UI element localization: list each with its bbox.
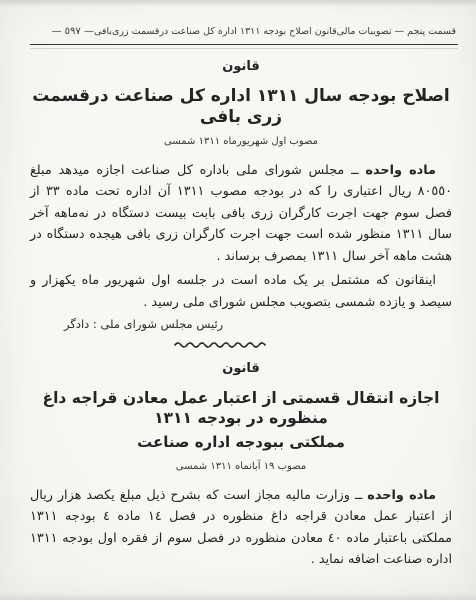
law1-title: اصلاح بودجه سال ١٣١١ اداره کل صناعت درقس… (30, 86, 452, 129)
speaker-signature: رئیس مجلس شورای ملی : دادگر (30, 317, 452, 331)
header-page-number: — ٥٩٧ — (51, 26, 94, 37)
scan-shadow-bottom (0, 592, 476, 600)
scan-shadow-top (0, 0, 476, 7)
law1-article: ماده واحده ــ مجلس شورای ملی باداره کل ص… (30, 160, 452, 268)
law2-approval-date: مصوب ١٩ آبانماه ١٣١١ شمسی (30, 461, 452, 472)
header-rule (30, 44, 458, 49)
law2-kicker: قانون (30, 361, 452, 376)
law2-title-line1: اجازه انتقال قسمتی از اعتبار عمل معادن ق… (30, 388, 452, 428)
section-divider-squiggle-icon (10, 333, 432, 352)
law2-article-lead: ماده واحده (367, 488, 436, 503)
law1-article-lead: ماده واحده (365, 163, 436, 178)
scanned-gazette-page: قسمت پنجم — تصویبات مالی قانون اصلاح بود… (0, 0, 476, 600)
law1-ratification: اینقانون که مشتمل بر یک ماده است در جلسه… (30, 270, 452, 313)
law1-approval-date: مصوب اول شهریورماه ١٣١١ شمسی (30, 136, 452, 147)
law2-title-line2: مملکتی ببودجه اداره صناعت (30, 433, 452, 453)
law2-article: ماده واحده ــ وزارت مالیه مجاز است که بش… (30, 485, 452, 571)
page-body: قانون اصلاح بودجه سال ١٣١١ اداره کل صناع… (30, 57, 452, 574)
header-section-label: قسمت پنجم — تصویبات مالی (337, 26, 456, 37)
law1-kicker: قانون (30, 59, 452, 74)
header-running-title: قانون اصلاح بودجه ١٣١١ اداره کل صناعت در… (94, 26, 337, 37)
running-header: قسمت پنجم — تصویبات مالی قانون اصلاح بود… (92, 26, 456, 37)
